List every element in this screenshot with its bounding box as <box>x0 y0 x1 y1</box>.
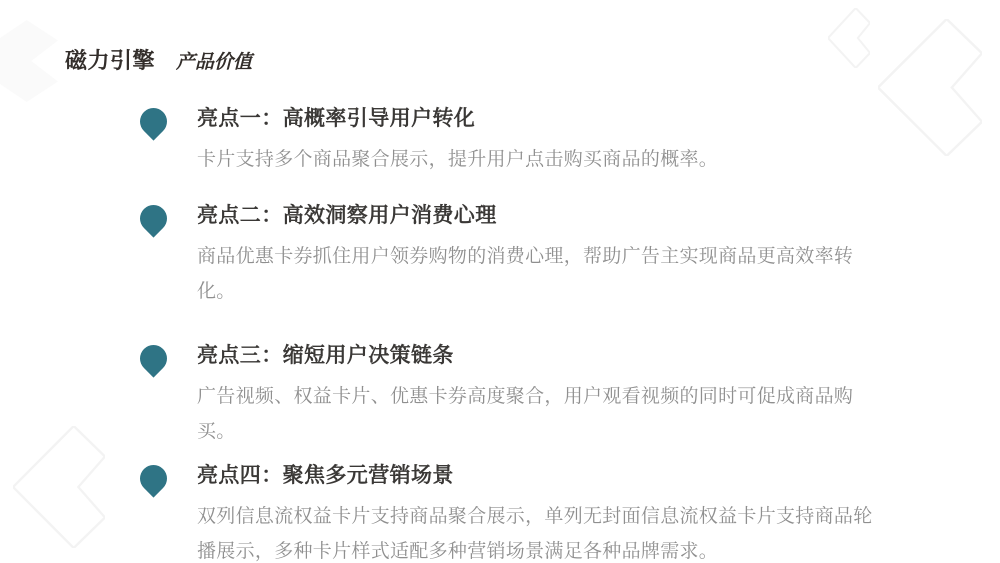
highlight-heading: 亮点二：高效洞察用户消费心理 <box>197 201 880 231</box>
brand-title: 磁力引擎 <box>65 44 155 75</box>
list-item-highlight-4: 亮点四：聚焦多元营销场景 双列信息流权益卡片支持商品聚合展示，单列无封面信息流权… <box>140 461 880 563</box>
highlight-body: 亮点一：高概率引导用户转化 卡片支持多个商品聚合展示，提升用户点击购买商品的概率… <box>197 104 880 177</box>
list-item-highlight-1: 亮点一：高概率引导用户转化 卡片支持多个商品聚合展示，提升用户点击购买商品的概率… <box>140 104 880 177</box>
bullet-slot <box>140 341 197 372</box>
highlight-description: 广告视频、权益卡片、优惠卡券高度聚合，用户观看视频的同时可促成商品购 买。 <box>197 379 880 449</box>
location-pin-icon <box>134 339 172 377</box>
highlight-description: 双列信息流权益卡片支持商品聚合展示，单列无封面信息流权益卡片支持商品轮 播展示，… <box>197 499 880 563</box>
highlight-heading: 亮点一：高概率引导用户转化 <box>197 104 880 134</box>
page-subtitle: 产品价值 <box>176 47 252 74</box>
location-pin-icon <box>134 459 172 497</box>
chevron-decoration-top-right-large-icon <box>878 19 982 156</box>
chevron-decoration-top-left-icon <box>0 20 58 102</box>
highlight-body: 亮点四：聚焦多元营销场景 双列信息流权益卡片支持商品聚合展示，单列无封面信息流权… <box>197 461 880 563</box>
bullet-slot <box>140 461 197 492</box>
location-pin-icon <box>134 199 172 237</box>
chevron-decoration-top-right-small-icon <box>828 8 870 68</box>
highlight-heading: 亮点四：聚焦多元营销场景 <box>197 461 880 491</box>
highlight-list: 亮点一：高概率引导用户转化 卡片支持多个商品聚合展示，提升用户点击购买商品的概率… <box>140 104 880 563</box>
highlight-body: 亮点二：高效洞察用户消费心理 商品优惠卡券抓住用户领券购物的消费心理，帮助广告主… <box>197 201 880 309</box>
highlight-description: 卡片支持多个商品聚合展示，提升用户点击购买商品的概率。 <box>197 142 880 177</box>
page-title: 磁力引擎 产品价值 <box>65 44 252 75</box>
bullet-slot <box>140 201 197 232</box>
list-item-highlight-2: 亮点二：高效洞察用户消费心理 商品优惠卡券抓住用户领券购物的消费心理，帮助广告主… <box>140 201 880 309</box>
location-pin-icon <box>134 102 172 140</box>
chevron-decoration-bottom-left-icon <box>13 426 105 548</box>
slide-product-value: 磁力引擎 产品价值 亮点一：高概率引导用户转化 卡片支持多个商品聚合展示，提升用… <box>0 0 1000 563</box>
highlight-description: 商品优惠卡券抓住用户领券购物的消费心理，帮助广告主实现商品更高效率转化。 <box>197 239 880 309</box>
highlight-body: 亮点三：缩短用户决策链条 广告视频、权益卡片、优惠卡券高度聚合，用户观看视频的同… <box>197 341 880 449</box>
list-item-highlight-3: 亮点三：缩短用户决策链条 广告视频、权益卡片、优惠卡券高度聚合，用户观看视频的同… <box>140 341 880 449</box>
highlight-heading: 亮点三：缩短用户决策链条 <box>197 341 880 371</box>
bullet-slot <box>140 104 197 135</box>
